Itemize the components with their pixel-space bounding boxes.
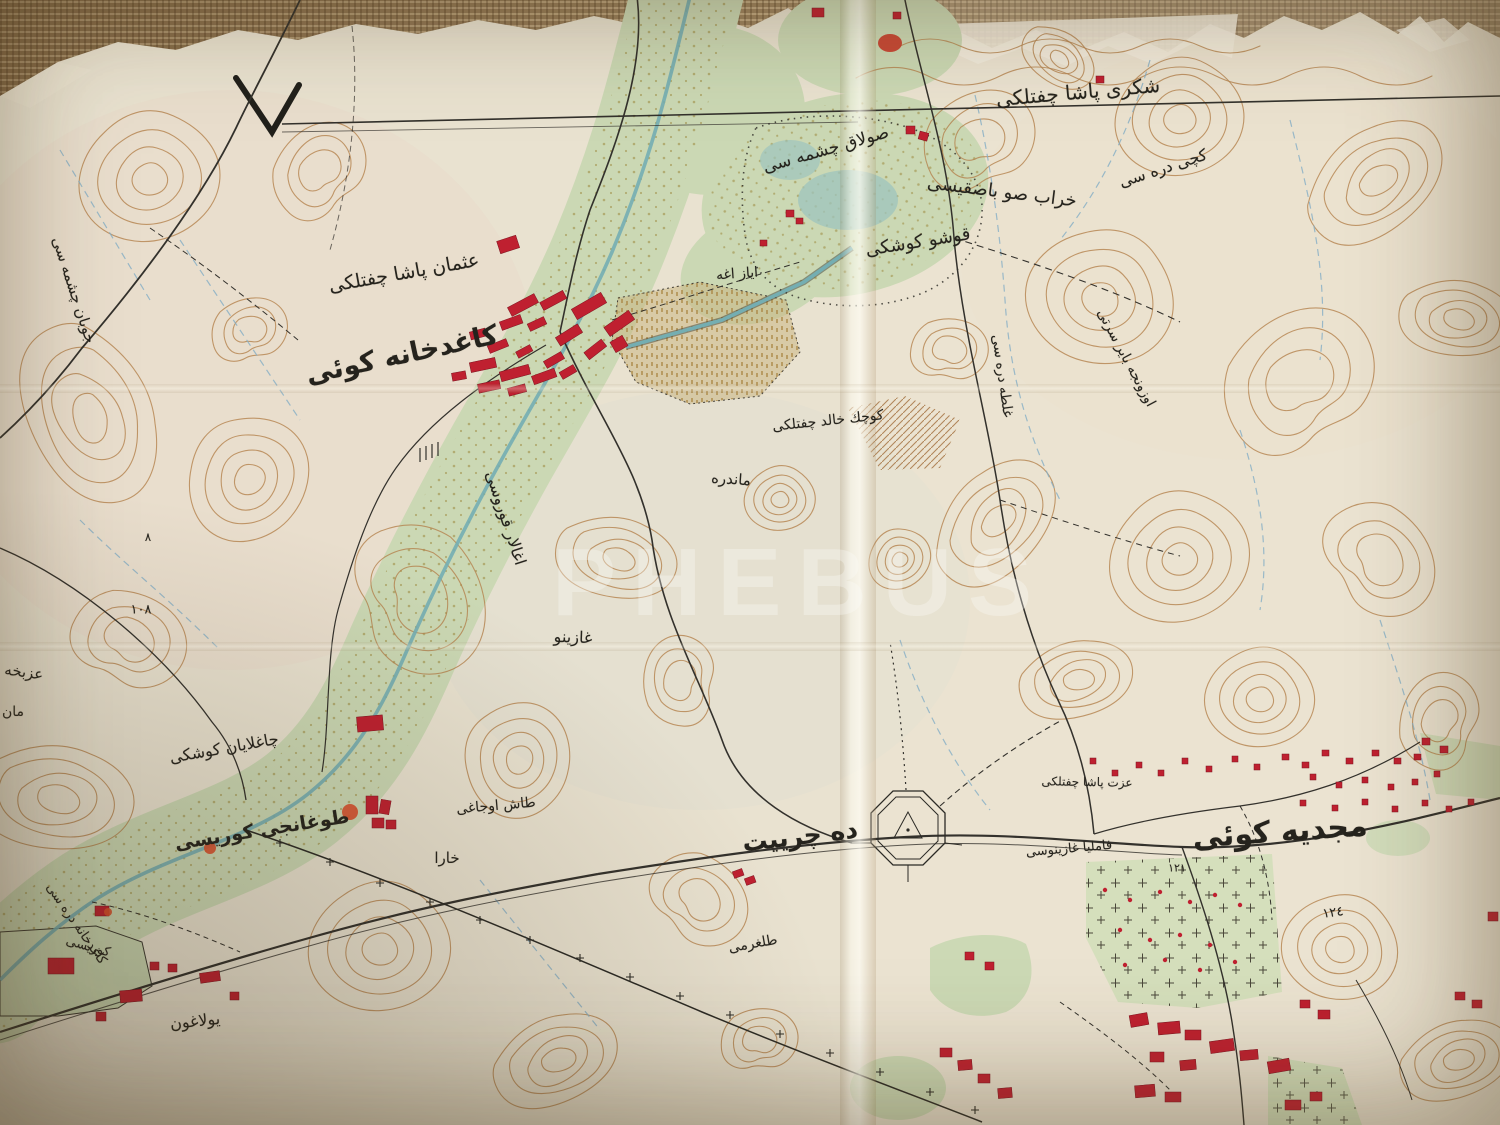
map-photo: شكرى پاشا چفتلكىكچى دره سىخراب صو باصقيس…: [0, 0, 1500, 1125]
map-artwork: [0, 0, 1500, 1125]
